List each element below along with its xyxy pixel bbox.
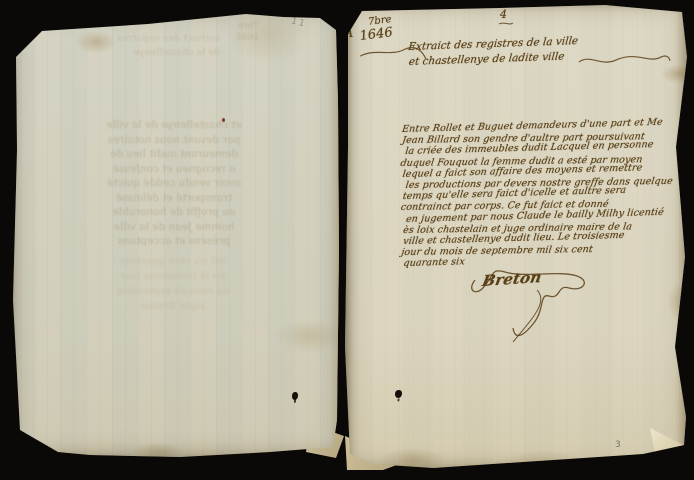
manuscript-scan: 7bre 1646 extraict des registres de la c… — [0, 0, 694, 480]
signature-paraph — [461, 264, 621, 346]
bleedthrough-text: et chastellenye de la ville par devant n… — [24, 118, 324, 249]
ink-blot — [395, 390, 402, 398]
ink-speck — [222, 118, 225, 122]
ink-blot — [292, 392, 298, 400]
left-page: 7bre 1646 extraict des registres de la c… — [8, 6, 344, 462]
right-page: A 7bre 1646 4 Extraict des registres de … — [343, 2, 689, 474]
bleedthrough-text: mil six cent quarante six le troisiesme … — [38, 254, 308, 314]
bleedthrough-date: 7bre 1646 — [236, 20, 259, 44]
ink-date-annotation: 7bre 1646 — [358, 14, 394, 44]
pencil-folio-number: 2 — [32, 442, 38, 452]
body-text: Entre Rollet et Buguet demandeurs d'une … — [402, 121, 673, 269]
folio-number: 4 — [500, 8, 507, 21]
paper-fold — [643, 422, 689, 468]
pencil-corner-mark: 11 — [290, 16, 307, 29]
document-header: Extraict des registres de la ville et ch… — [408, 34, 579, 70]
edge-ink-mark: A — [344, 26, 353, 41]
bleedthrough-text: extraict des registres de la chastelleny… — [60, 32, 220, 60]
pencil-folio-number: 3 — [615, 440, 621, 450]
signature-block: Breton — [461, 264, 621, 346]
date-year: 1646 — [359, 25, 394, 44]
ink-flourish — [577, 49, 673, 72]
ink-flourish — [498, 20, 514, 28]
